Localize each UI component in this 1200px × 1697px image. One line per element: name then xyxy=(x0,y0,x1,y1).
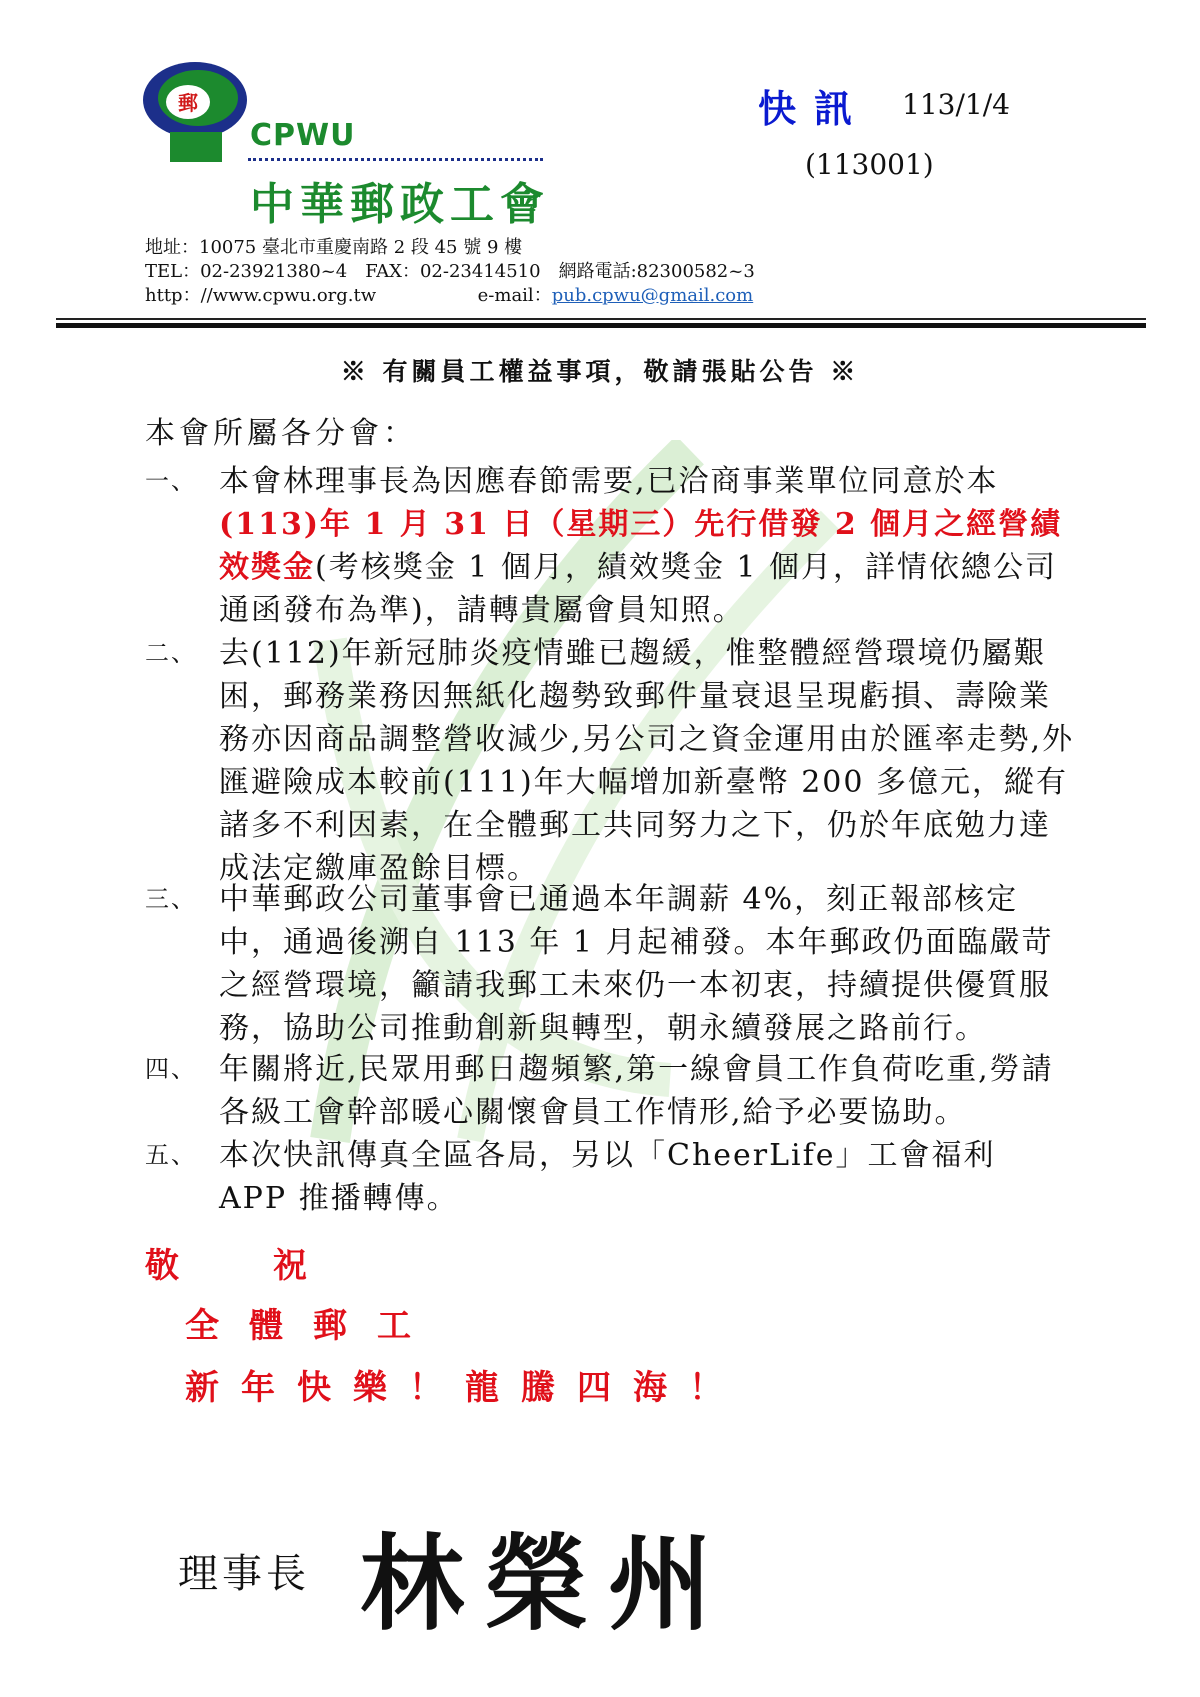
closing-addressee: 全體郵工 xyxy=(185,1298,441,1347)
item-text: 年關將近,民眾用郵日趨頻繁,第一線會員工作負荷吃重,勞請各級工會幹部暖心關懷會員… xyxy=(219,1048,1075,1134)
header-rule-thin xyxy=(56,318,1146,320)
dotted-divider xyxy=(248,158,543,161)
email-label: e-mail： xyxy=(478,285,552,306)
logo-glyph: 郵 xyxy=(178,91,198,115)
web-email-line: http：//www.cpwu.org.tw e-mail：pub.cpwu@g… xyxy=(145,284,753,308)
item-text: 本會林理事長為因應春節需要,已洽商事業單位同意於本 xyxy=(219,464,999,499)
signature-name: 林榮州 xyxy=(360,1500,732,1650)
org-name-cn: 中華郵政工會 xyxy=(250,168,550,232)
item-number: 一、 xyxy=(145,460,215,503)
bulletin-number: (113001) xyxy=(805,148,934,181)
bulletin-date: 113/1/4 xyxy=(902,88,1010,121)
bulletin-title: 快訊 xyxy=(758,78,870,133)
item-number: 五、 xyxy=(145,1134,215,1177)
tel-fax: TEL：02-23921380~4 FAX：02-23414510 網路電話:8… xyxy=(145,260,755,284)
list-item-3: 三、 中華郵政公司董事會已通過本年調薪 4%，刻正報部核定中，通過後溯自 113… xyxy=(145,878,1075,1050)
header-rule-thick xyxy=(56,323,1146,328)
item-text: 中華郵政公司董事會已通過本年調薪 4%，刻正報部核定中，通過後溯自 113 年 … xyxy=(219,878,1075,1050)
email-link[interactable]: pub.cpwu@gmail.com xyxy=(552,285,754,306)
item-number: 三、 xyxy=(145,878,215,921)
closing-greeting: 新年快樂！龍騰四海！ xyxy=(185,1360,745,1409)
website[interactable]: http：//www.cpwu.org.tw xyxy=(145,285,376,306)
org-name-en: CPWU xyxy=(250,118,355,153)
list-item-5: 五、 本次快訊傳真全區各局，另以「CheerLife」工會福利 APP 推播轉傳… xyxy=(145,1134,1075,1220)
item-number: 二、 xyxy=(145,632,215,675)
signature-title: 理事長 xyxy=(178,1542,310,1599)
list-item-2: 二、 去(112)年新冠肺炎疫情雖已趨緩，惟整體經營環境仍屬艱困，郵務業務因無紙… xyxy=(145,632,1075,890)
item-text: 去(112)年新冠肺炎疫情雖已趨緩，惟整體經營環境仍屬艱困，郵務業務因無紙化趨勢… xyxy=(219,632,1075,890)
cpwu-logo: 郵 xyxy=(140,58,260,168)
address: 地址：10075 臺北市重慶南路 2 段 45 號 9 樓 xyxy=(145,236,522,260)
closing-respect: 敬 祝 xyxy=(145,1238,337,1287)
list-item-4: 四、 年關將近,民眾用郵日趨頻繁,第一線會員工作負荷吃重,勞請各級工會幹部暖心關… xyxy=(145,1048,1075,1134)
item-text-cont: (考核獎金 1 個月，績效獎金 1 個月，詳情依總公司通函發布為準)，請轉貴屬會… xyxy=(219,550,1057,628)
item-number: 四、 xyxy=(145,1048,215,1091)
item-text: 本次快訊傳真全區各局，另以「CheerLife」工會福利 APP 推播轉傳。 xyxy=(219,1134,1075,1220)
salutation: 本會所屬各分會： xyxy=(145,408,417,452)
notice-heading: ※ 有關員工權益事項，敬請張貼公告 ※ xyxy=(0,352,1200,388)
list-item-1: 一、 本會林理事長為因應春節需要,已洽商事業單位同意於本(113)年 1 月 3… xyxy=(145,460,1075,632)
